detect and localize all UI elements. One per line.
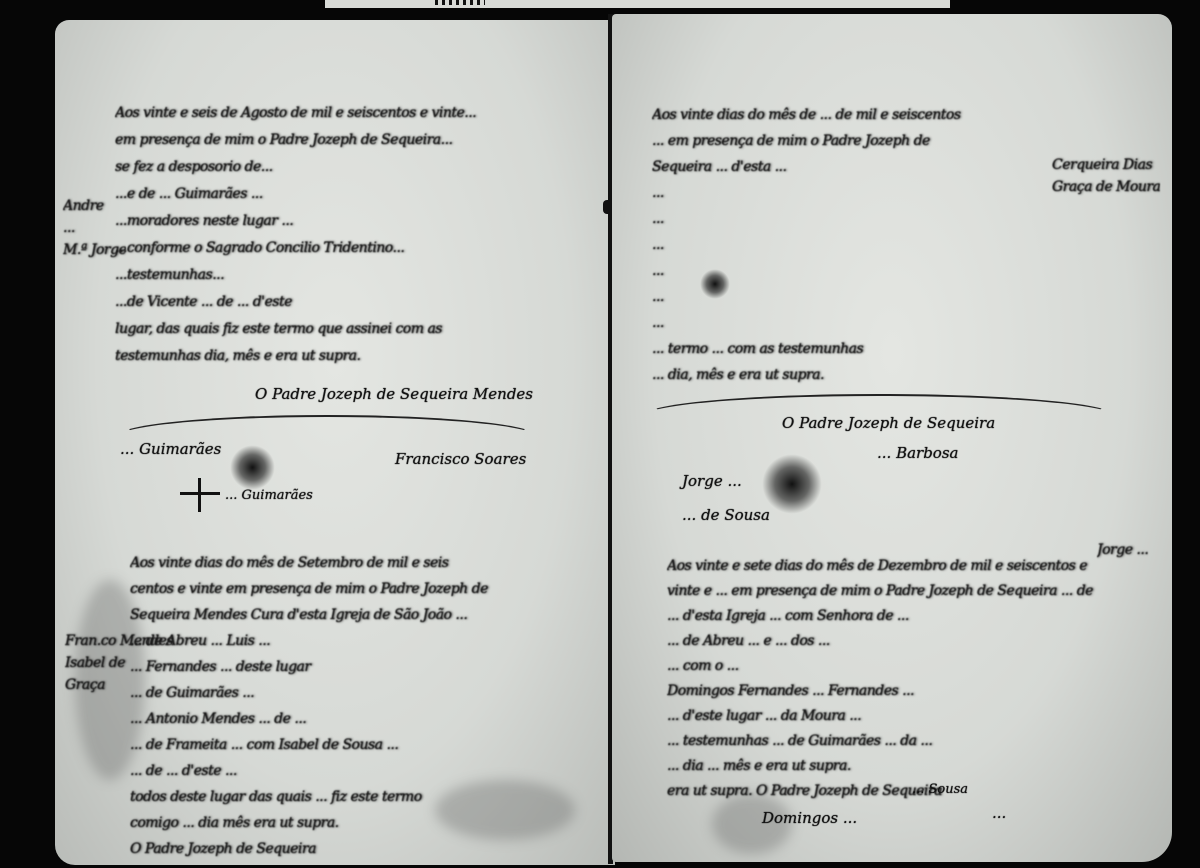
text-line: ... de ... d'este ... xyxy=(130,758,590,784)
film-ticks xyxy=(435,0,485,5)
text-line: ... xyxy=(652,206,1052,232)
witness-signature: ... Sousa xyxy=(912,782,968,797)
witness-signature: ... Guimarães xyxy=(120,440,221,458)
text-line: ... xyxy=(652,284,1052,310)
text-line: vinte e ... em presença de mim o Padre J… xyxy=(667,579,1132,604)
margin-note-entry-2: Jorge ... xyxy=(1097,539,1148,561)
priest-signature: O Padre Jozeph de Sequeira Mendes xyxy=(255,385,533,403)
text-line: O Padre Jozeph de Sequeira xyxy=(130,836,590,862)
text-line: se fez a desposorio de... xyxy=(115,154,595,181)
text-line: ... com o ... xyxy=(667,654,1132,679)
cross-mark-icon xyxy=(180,478,220,512)
text-line: Domingos Fernandes ... Fernandes ... xyxy=(667,679,1132,704)
left-page: Andre ... M.ª Jorge Aos vinte e seis de … xyxy=(55,20,615,865)
witness-signature: ... Barbosa xyxy=(877,444,958,462)
margin-line: Graça de Moura xyxy=(1052,176,1160,198)
text-line: ... d'este lugar ... da Moura ... xyxy=(667,704,1132,729)
text-line: Aos vinte e seis de Agosto de mil e seis… xyxy=(115,100,595,127)
witness-signature: Jorge ... xyxy=(682,472,742,490)
text-line: ... xyxy=(652,180,1052,206)
text-line: ... xyxy=(652,258,1052,284)
text-line: ... Antonio Mendes ... de ... xyxy=(130,706,590,732)
text-line: ... dia, mês e era ut supra. xyxy=(652,362,1052,388)
margin-note-entry-1: Cerqueira Dias Graça de Moura xyxy=(1052,154,1160,198)
text-line: ... dia ... mês e era ut supra. xyxy=(667,754,1132,779)
text-line: ... testemunhas ... de Guimarães ... da … xyxy=(667,729,1132,754)
text-line: Aos vinte e sete dias do mês de Dezembro… xyxy=(667,554,1132,579)
text-line: ...testemunhas... xyxy=(115,262,595,289)
text-line: Sequeira ... d'esta ... xyxy=(652,154,1052,180)
text-line: Aos vinte dias do mês de Setembro de mil… xyxy=(130,550,590,576)
text-line: lugar, das quais fiz este termo que assi… xyxy=(115,316,595,343)
witness-signature: Domingos ... xyxy=(762,809,857,827)
text-line: ... xyxy=(652,232,1052,258)
text-line: ... de Guimarães ... xyxy=(130,680,590,706)
text-line: Aos vinte dias do mês de ... de mil e se… xyxy=(652,102,1052,128)
margin-line: Jorge ... xyxy=(1097,539,1148,561)
text-line: testemunhas dia, mês e era ut supra. xyxy=(115,343,595,370)
witness-signature: ... Guimarães xyxy=(225,488,313,503)
text-line: ...moradores neste lugar ... xyxy=(115,208,595,235)
text-line: todos deste lugar das quais ... fiz este… xyxy=(130,784,590,810)
text-line: ... d'esta Igreja ... com Senhora de ... xyxy=(667,604,1132,629)
witness-signature: ... de Sousa xyxy=(682,506,770,524)
ink-blot xyxy=(230,445,275,490)
text-line: ...de Vicente ... de ... d'este xyxy=(115,289,595,316)
text-line: ... Fernandes ... deste lugar xyxy=(130,654,590,680)
text-line: ... xyxy=(652,310,1052,336)
witness-signature: ... xyxy=(992,804,1006,822)
entry-text: Aos vinte e sete dias do mês de Dezembro… xyxy=(667,554,1132,804)
text-line: ... de Frameita ... com Isabel de Sousa … xyxy=(130,732,590,758)
text-line: ... de Abreu ... Luis ... xyxy=(130,628,590,654)
film-label-strip xyxy=(325,0,950,8)
text-line: ... termo ... com as testemunhas xyxy=(652,336,1052,362)
entry-text: Aos vinte dias do mês de ... de mil e se… xyxy=(652,102,1052,388)
signature-flourish xyxy=(642,394,1116,438)
text-line: ... de Abreu ... e ... dos ... xyxy=(667,629,1132,654)
ink-blot xyxy=(762,454,822,514)
entry-text: Aos vinte e seis de Agosto de mil e seis… xyxy=(115,100,595,370)
text-line: centos e vinte em presença de mim o Padr… xyxy=(130,576,590,602)
text-line: Sequeira Mendes Cura d'esta Igreja de Sã… xyxy=(130,602,590,628)
entry-text: Aos vinte dias do mês de Setembro de mil… xyxy=(130,550,590,862)
witness-signature: Francisco Soares xyxy=(395,450,526,468)
text-line: em presença de mim o Padre Jozeph de Seq… xyxy=(115,127,595,154)
text-line: ...e de ... Guimarães ... xyxy=(115,181,595,208)
text-line: ...conforme o Sagrado Concilio Tridentin… xyxy=(115,235,595,262)
margin-line: Cerqueira Dias xyxy=(1052,154,1160,176)
text-line: ... em presença de mim o Padre Jozeph de xyxy=(652,128,1052,154)
text-line: era ut supra. O Padre Jozeph de Sequeira xyxy=(667,779,1132,804)
right-page: Aos vinte dias do mês de ... de mil e se… xyxy=(612,14,1172,862)
text-line: comigo ... dia mês era ut supra. xyxy=(130,810,590,836)
